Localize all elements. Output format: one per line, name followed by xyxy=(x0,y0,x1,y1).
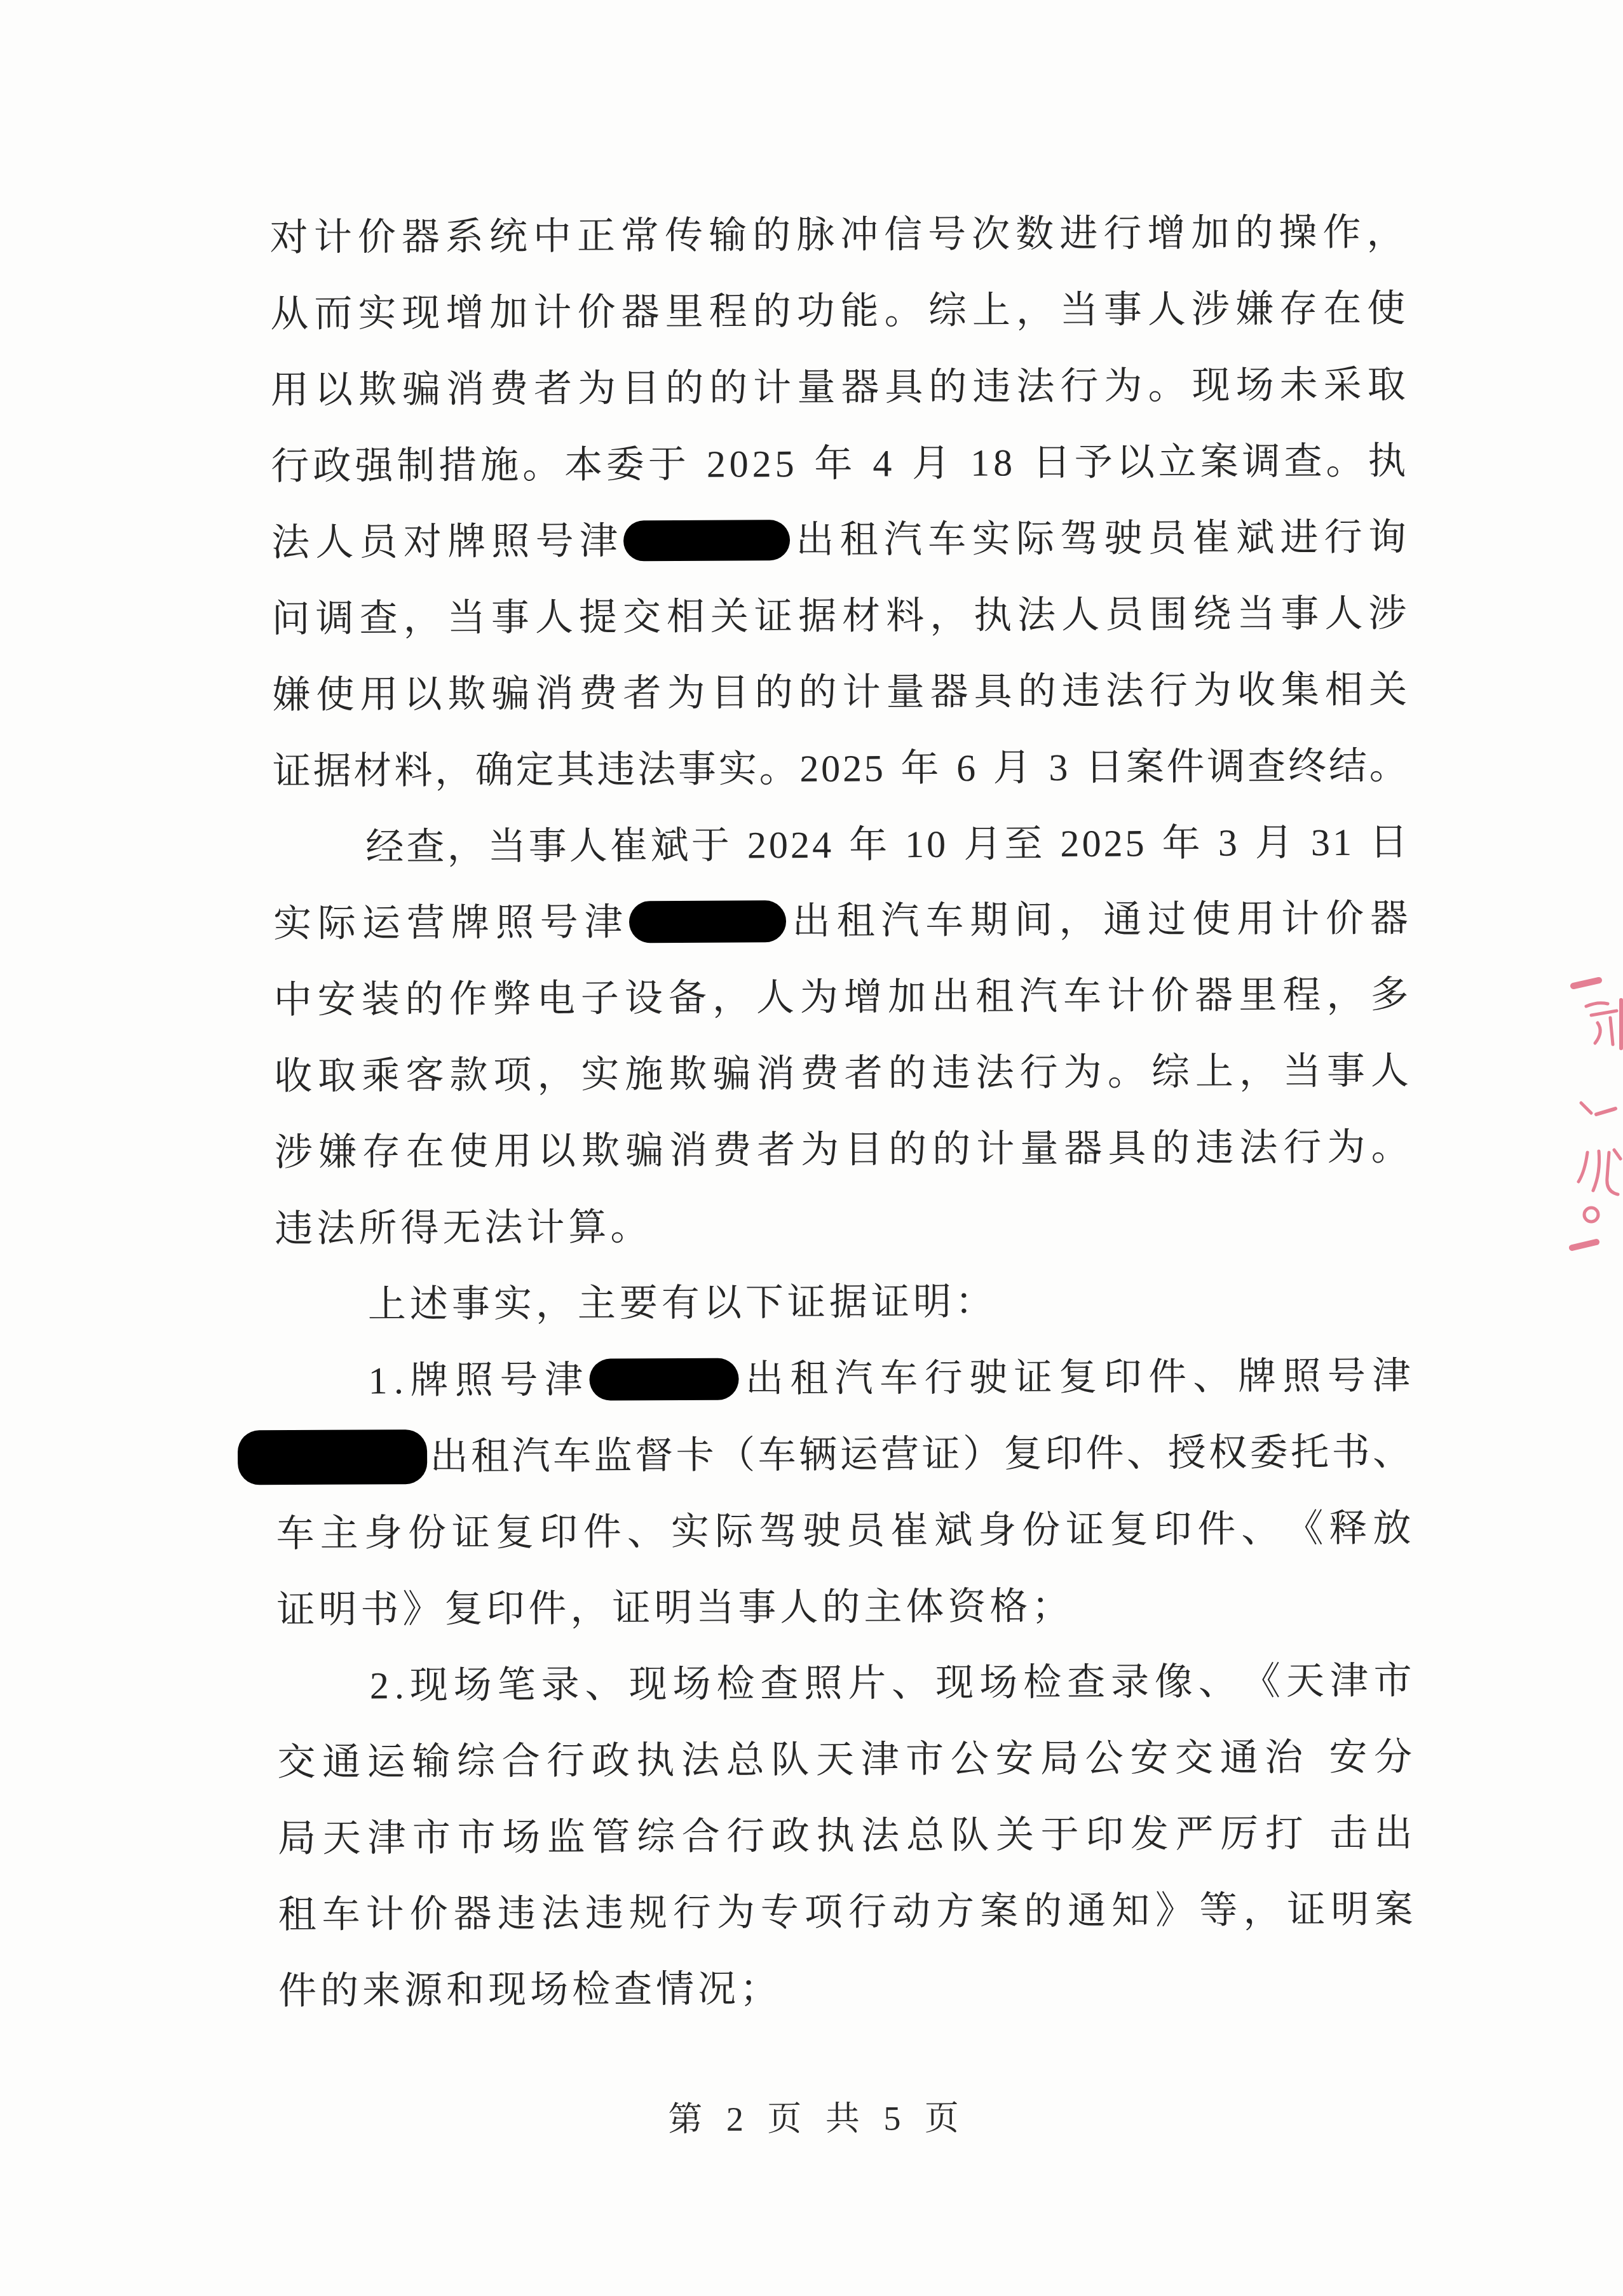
doc-line: 出租汽车监督卡（车辆运营证）复印件、授权委托书、 xyxy=(238,1414,1411,1496)
page-footer: 第 2 页 共 5 页 xyxy=(6,2088,1623,2144)
doc-line: 中安装的作弊电子设备，人为增加出租汽车计价器里程，多 xyxy=(273,956,1409,1038)
doc-line: 经查，当事人崔斌于2024年10月至2025年3月31日 xyxy=(273,804,1408,886)
doc-line: 租车计价器违法违规行为专项行动方案的通知》等，证明案 xyxy=(278,1871,1413,1953)
doc-line: 局天津市市场监管综合行政执法总队关于印发严厉打击出 xyxy=(278,1795,1413,1877)
doc-line: 收取乘客款项，实施欺骗消费者的违法行为。综上，当事人 xyxy=(274,1032,1409,1114)
red-ink-annotation xyxy=(1558,961,1623,1266)
scan-content: 对计价器系统中正常传输的脉冲信号次数进行增加的操作，从而实现增加计价器里程的功能… xyxy=(0,0,1623,2296)
doc-line: 证据材料，确定其违法事实。2025年6月3日案件调查终结。 xyxy=(273,727,1408,809)
doc-line: 证明书》复印件，证明当事人的主体资格； xyxy=(276,1566,1412,1648)
doc-line: 车主身份证复印件、实际驾驶员崔斌身份证复印件、《释放 xyxy=(276,1490,1411,1572)
doc-line: 问调查，当事人提交相关证据材料，执法人员围绕当事人涉 xyxy=(271,575,1407,657)
redaction-bar xyxy=(628,900,785,943)
doc-line: 1.牌照号津出租汽车行驶证复印件、牌照号津 xyxy=(275,1337,1411,1419)
doc-line: 对计价器系统中正常传输的脉冲信号次数进行增加的操作， xyxy=(269,194,1405,276)
doc-line: 2.现场笔录、现场检查照片、现场检查录像、《天津市 xyxy=(277,1642,1413,1724)
doc-line: 上述事实，主要有以下证据证明： xyxy=(275,1261,1411,1343)
redaction-bar xyxy=(623,520,790,561)
redaction-bar xyxy=(238,1429,427,1485)
document-body: 对计价器系统中正常传输的脉冲信号次数进行增加的操作，从而实现增加计价器里程的功能… xyxy=(269,194,1413,2029)
doc-text: 件的来源和现场检查情况； xyxy=(278,1968,782,2012)
doc-text: 证明书》复印件，证明当事人的主体资格； xyxy=(276,1585,1073,1631)
doc-line: 从而实现增加计价器里程的功能。综上，当事人涉嫌存在使 xyxy=(270,270,1406,352)
doc-line: 嫌使用以欺骗消费者为目的的计量器具的违法行为收集相关 xyxy=(272,651,1408,733)
doc-line: 行政强制措施。本委于2025年4月18日予以立案调查。执 xyxy=(271,422,1406,504)
doc-line: 件的来源和现场检查情况； xyxy=(278,1947,1414,2029)
scanned-document-page: 对计价器系统中正常传输的脉冲信号次数进行增加的操作，从而实现增加计价器里程的功能… xyxy=(0,0,1623,2296)
doc-line: 违法所得无法计算。 xyxy=(275,1185,1410,1267)
doc-text: 上述事实，主要有以下证据证明： xyxy=(368,1281,997,1326)
doc-line: 交通运输综合行政执法总队天津市公安局公安交通治安分 xyxy=(277,1719,1413,1800)
doc-line: 法人员对牌照号津出租汽车实际驾驶员崔斌进行询 xyxy=(271,499,1407,581)
doc-line: 实际运营牌照号津出租汽车期间，通过使用计价器 xyxy=(273,880,1409,962)
doc-text: 违法所得无法计算。 xyxy=(275,1206,652,1250)
doc-line: 涉嫌存在使用以欺骗消费者为目的的计量器具的违法行为。 xyxy=(274,1109,1409,1191)
doc-line: 用以欺骗消费者为目的的计量器具的违法行为。现场未采取 xyxy=(271,346,1406,428)
redaction-bar xyxy=(589,1358,738,1401)
